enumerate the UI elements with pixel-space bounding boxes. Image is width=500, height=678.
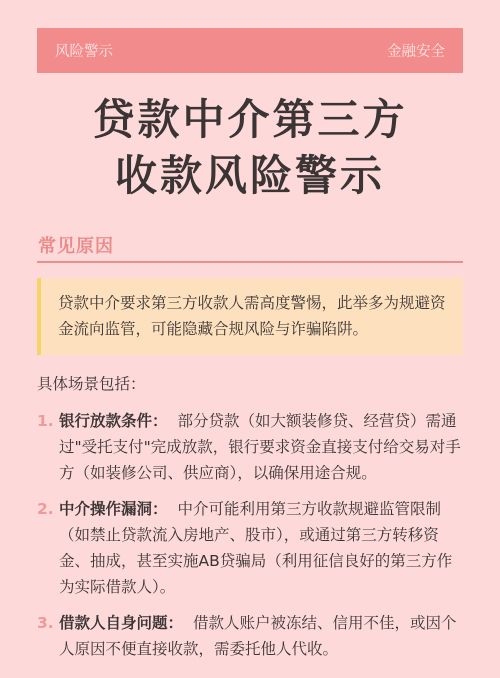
header-right-label: 金融安全 bbox=[387, 40, 445, 61]
list-item: 3. 借款人自身问题：借款人账户被冻结、信用不佳，或因个人原因不便直接收款，需委… bbox=[37, 610, 467, 662]
list-item: 1. 银行放款条件：部分贷款（如大额装修贷、经营贷）需通过"受托支付"完成放款，… bbox=[37, 408, 467, 486]
scenario-list: 1. 银行放款条件：部分贷款（如大额装修贷、经营贷）需通过"受托支付"完成放款，… bbox=[37, 408, 467, 672]
header-bar: 风险警示 金融安全 bbox=[37, 28, 463, 73]
list-number: 2. bbox=[37, 496, 59, 600]
item-label: 中介操作漏洞： bbox=[59, 500, 168, 518]
page: 风险警示 金融安全 贷款中介第三方 收款风险警示 常见原因 贷款中介要求第三方收… bbox=[0, 0, 500, 678]
page-title: 贷款中介第三方 收款风险警示 bbox=[0, 92, 500, 204]
list-item: 2. 中介操作漏洞：中介可能利用第三方收款规避监管限制（如禁止贷款流入房地产、股… bbox=[37, 496, 467, 600]
section-title: 常见原因 bbox=[38, 232, 114, 258]
title-line-1: 贷款中介第三方 bbox=[0, 92, 500, 148]
warning-callout: 贷款中介要求第三方收款人需高度警惕，此举多为规避资金流向监管，可能隐藏合规风险与… bbox=[37, 278, 463, 355]
title-line-2: 收款风险警示 bbox=[0, 148, 500, 204]
item-label: 银行放款条件： bbox=[59, 412, 168, 430]
intro-text: 具体场景包括： bbox=[37, 372, 146, 394]
item-label: 借款人自身问题： bbox=[59, 614, 183, 632]
section-divider bbox=[37, 261, 463, 263]
header-left-label: 风险警示 bbox=[55, 40, 113, 61]
list-number: 3. bbox=[37, 610, 59, 662]
list-number: 1. bbox=[37, 408, 59, 486]
